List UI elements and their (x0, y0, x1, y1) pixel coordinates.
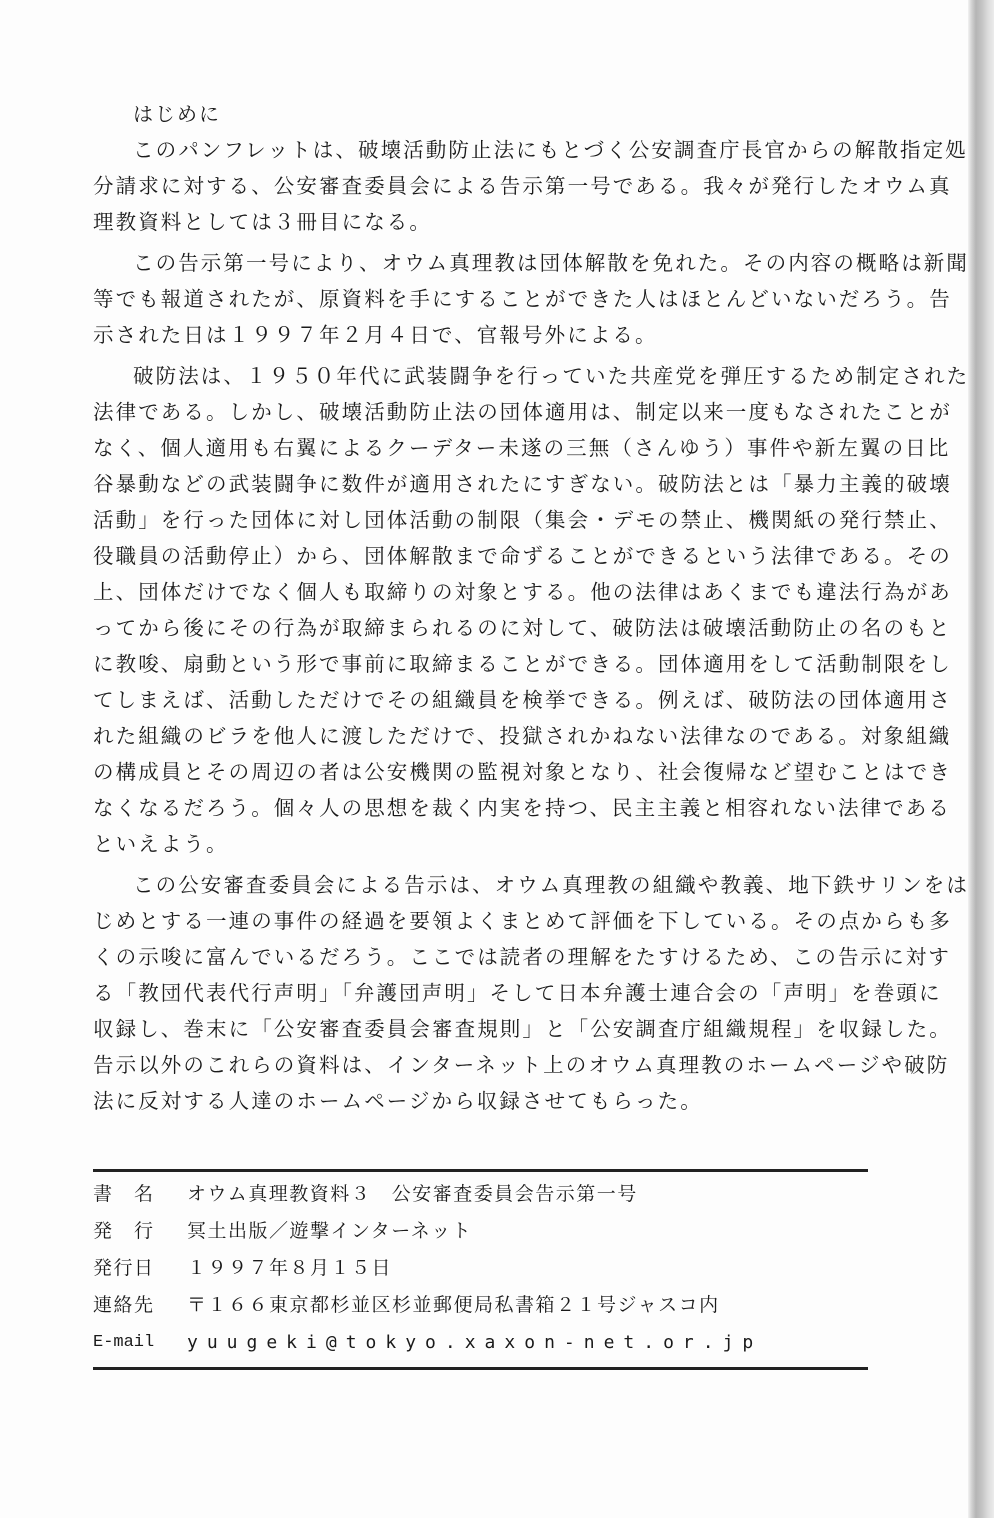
text-line: 分請求に対する、公安審査委員会による告示第一号である。我々が発行したオウム真 (93, 168, 963, 204)
text-line: 理教資料としては３冊目になる。 (93, 204, 963, 240)
colophon-value: 〒１６６東京都杉並区杉並郵便局私書箱２１号ジャスコ内 (187, 1287, 868, 1324)
colophon-label: 連絡先 (93, 1287, 187, 1324)
text-line: ってから後にその行為が取締まられるのに対して、破防法は破壊活動防止の名のもと (93, 610, 963, 646)
text-line: に教唆、扇動という形で事前に取締まることができる。団体適用をして活動制限をし (93, 646, 963, 682)
scan-edge-shadow (968, 0, 994, 1518)
paragraph-2: この告示第一号により、オウム真理教は団体解散を免れた。その内容の概略は新聞 等で… (93, 245, 963, 353)
text-line: といえよう。 (93, 826, 963, 862)
text-line: 収録し、巻末に「公安審査委員会審査規則」と「公安調査庁組織規程」を収録した。 (93, 1011, 963, 1047)
email-address: yuugeki@tokyo.xaxon-net.or.jp (187, 1324, 868, 1361)
text-line: の構成員とその周辺の者は公安機関の監視対象となり、社会復帰など望むことはでき (93, 754, 963, 790)
text-line: 活動」を行った団体に対し団体活動の制限（集会・デモの禁止、機関紙の発行禁止、 (93, 502, 963, 538)
text-line: なくなるだろう。個々人の思想を裁く内実を持つ、民主主義と相容れない法律である (93, 790, 963, 826)
text-line: 谷暴動などの武装闘争に数件が適用されたにすぎない。破防法とは「暴力主義的破壊 (93, 466, 963, 502)
section-heading: はじめに (133, 96, 963, 132)
text-line: てしまえば、活動しただけでその組織員を検挙できる。例えば、破防法の団体適用さ (93, 682, 963, 718)
text-line: 破防法は、１９５０年代に武装闘争を行っていた共産党を弾圧するため制定された (93, 358, 963, 394)
colophon-row-email: E-mail yuugeki@tokyo.xaxon-net.or.jp (93, 1324, 868, 1361)
colophon-value: １９９７年８月１５日 (187, 1250, 868, 1287)
text-line: 法に反対する人達のホームページから収録させてもらった。 (93, 1083, 963, 1119)
text-line: なく、個人適用も右翼によるクーデター未遂の三無（さんゆう）事件や新左翼の日比 (93, 430, 963, 466)
text-line: る「教団代表代行声明」「弁護団声明」そして日本弁護士連合会の「声明」を巻頭に (93, 975, 963, 1011)
text-line: れた組織のビラを他人に渡しただけで、投獄されかねない法律なのである。対象組織 (93, 718, 963, 754)
colophon-value: オウム真理教資料３ 公安審査委員会告示第一号 (187, 1176, 868, 1213)
text-line: 示された日は１９９７年２月４日で、官報号外による。 (93, 317, 963, 353)
paragraph-4: この公安審査委員会による告示は、オウム真理教の組織や教義、地下鉄サリンをは じめ… (93, 867, 963, 1119)
text-line: 等でも報道されたが、原資料を手にすることができた人はほとんどいないだろう。告 (93, 281, 963, 317)
colophon-value: 冥土出版／遊撃インターネット (187, 1213, 868, 1250)
text-line: この告示第一号により、オウム真理教は団体解散を免れた。その内容の概略は新聞 (93, 245, 963, 281)
text-line: この公安審査委員会による告示は、オウム真理教の組織や教義、地下鉄サリンをは (93, 867, 963, 903)
colophon-row-date: 発行日 １９９７年８月１５日 (93, 1250, 868, 1287)
colophon-label: 発行日 (93, 1250, 187, 1287)
text-line: 上、団体だけでなく個人も取締りの対象とする。他の法律はあくまでも違法行為があ (93, 574, 963, 610)
document-body: はじめに このパンフレットは、破壊活動防止法にもとづく公安調査庁長官からの解散指… (93, 96, 963, 1124)
colophon-label: 発行 (93, 1213, 187, 1250)
text-line: 告示以外のこれらの資料は、インターネット上のオウム真理教のホームページや破防 (93, 1047, 963, 1083)
paragraph-3: 破防法は、１９５０年代に武装闘争を行っていた共産党を弾圧するため制定された 法律… (93, 358, 963, 862)
text-line: 法律である。しかし、破壊活動防止法の団体適用は、制定以来一度もなされたことが (93, 394, 963, 430)
text-line: このパンフレットは、破壊活動防止法にもとづく公安調査庁長官からの解散指定処 (93, 132, 963, 168)
text-line: 役職員の活動停止）から、団体解散まで命ずることができるという法律である。その (93, 538, 963, 574)
colophon-row-publisher: 発行 冥土出版／遊撃インターネット (93, 1213, 868, 1250)
colophon-box: 書名 オウム真理教資料３ 公安審査委員会告示第一号 発行 冥土出版／遊撃インター… (93, 1169, 868, 1370)
colophon-row-contact: 連絡先 〒１６６東京都杉並区杉並郵便局私書箱２１号ジャスコ内 (93, 1287, 868, 1324)
colophon-row-title: 書名 オウム真理教資料３ 公安審査委員会告示第一号 (93, 1176, 868, 1213)
paragraph-1: このパンフレットは、破壊活動防止法にもとづく公安調査庁長官からの解散指定処 分請… (93, 132, 963, 240)
text-line: くの示唆に富んでいるだろう。ここでは読者の理解をたすけるため、この告示に対す (93, 939, 963, 975)
colophon-label: E-mail (93, 1324, 187, 1361)
colophon-label: 書名 (93, 1176, 187, 1213)
text-line: じめとする一連の事件の経過を要領よくまとめて評価を下している。その点からも多 (93, 903, 963, 939)
